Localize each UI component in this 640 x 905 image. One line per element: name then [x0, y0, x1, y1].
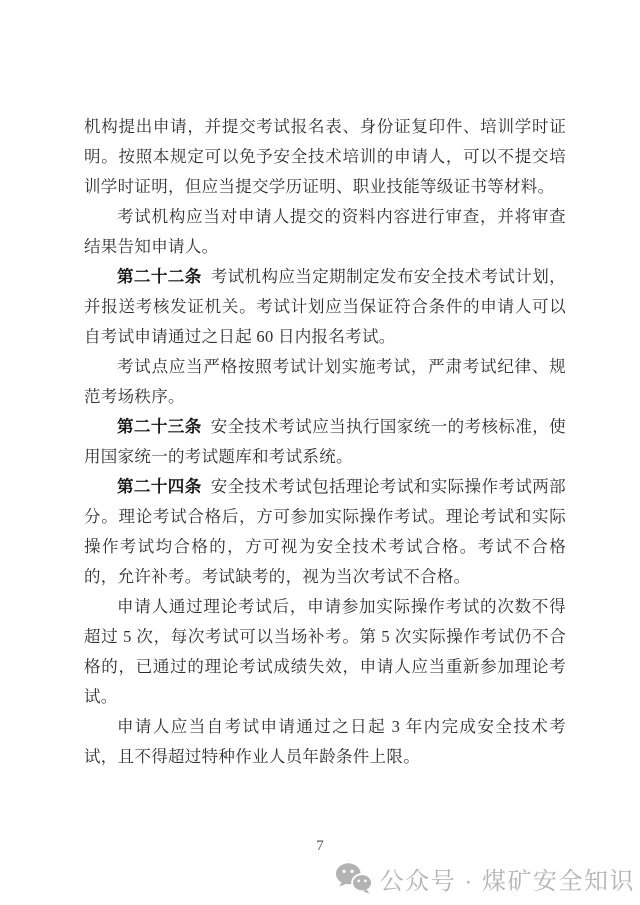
article-number: 第二十二条: [117, 267, 202, 286]
article-number: 第二十三条: [117, 417, 202, 436]
paragraph: 申请人通过理论考试后，申请参加实际操作考试的次数不得超过 5 次，每次考试可以当…: [84, 592, 566, 712]
paragraph-text: 申请人通过理论考试后，申请参加实际操作考试的次数不得超过 5 次，每次考试可以当…: [84, 597, 566, 706]
paragraph-text: 考试机构应当对申请人提交的资料内容进行审查，并将审查结果告知申请人。: [84, 207, 566, 256]
paragraph: 申请人应当自考试申请通过之日起 3 年内完成安全技术考试，且不得超过特种作业人员…: [84, 712, 566, 772]
paragraph-text: 考试点应当严格按照考试计划实施考试，严肃考试纪律、规范考场秩序。: [84, 357, 566, 406]
paragraph-article-22: 第二十二条考试机构应当定期制定发布安全技术考试计划，并报送考核发证机关。考试计划…: [84, 262, 566, 352]
article-number: 第二十四条: [117, 477, 202, 496]
page-number: 7: [0, 838, 640, 855]
paragraph-article-24: 第二十四条安全技术考试包括理论考试和实际操作考试两部分。理论考试合格后，方可参加…: [84, 472, 566, 592]
document-page: 机构提出申请，并提交考试报名表、身份证复印件、培训学时证明。按照本规定可以免予安…: [0, 0, 640, 905]
paragraph-article-23: 第二十三条安全技术考试应当执行国家统一的考核标准，使用国家统一的考试题库和考试系…: [84, 412, 566, 472]
paragraph: 考试点应当严格按照考试计划实施考试，严肃考试纪律、规范考场秩序。: [84, 352, 566, 412]
paragraph-text: 申请人应当自考试申请通过之日起 3 年内完成安全技术考试，且不得超过特种作业人员…: [84, 717, 566, 766]
document-body: 机构提出申请，并提交考试报名表、身份证复印件、培训学时证明。按照本规定可以免予安…: [84, 112, 566, 772]
watermark-text: 公众号 · 煤矿安全知识: [380, 861, 635, 896]
paragraph: 机构提出申请，并提交考试报名表、身份证复印件、培训学时证明。按照本规定可以免予安…: [84, 112, 566, 202]
paragraph: 考试机构应当对申请人提交的资料内容进行审查，并将审查结果告知申请人。: [84, 202, 566, 262]
paragraph-text: 机构提出申请，并提交考试报名表、身份证复印件、培训学时证明。按照本规定可以免予安…: [84, 117, 566, 196]
wechat-icon: [335, 862, 373, 895]
watermark: 公众号 · 煤矿安全知识: [335, 860, 635, 896]
